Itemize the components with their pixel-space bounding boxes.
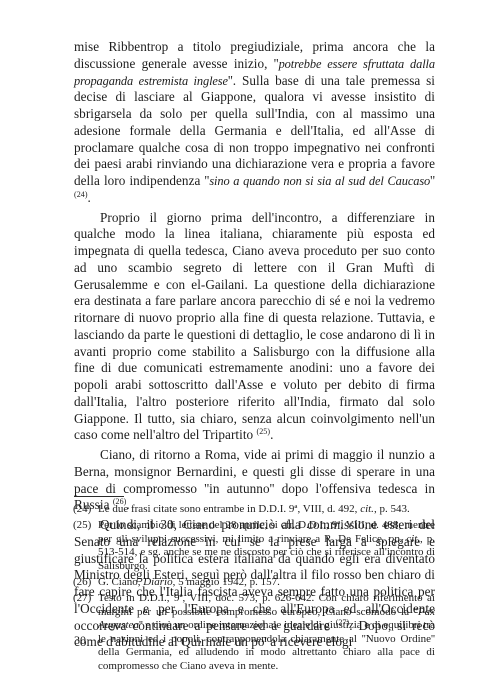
footnote: (27) Testo in D.D.I., 9ª, VIII, doc. 573… [73, 592, 435, 674]
footnote-text: Per lo scambio di lettere del 28 aprile,… [98, 519, 435, 573]
italic-text: sino a quando non si sia al sud del Cauc… [209, 174, 430, 188]
footnote-separator [74, 496, 124, 497]
footnote-text: Le due frasi citate sono entrambe in D.D… [98, 503, 435, 517]
italic-text: cit. [360, 503, 374, 515]
italic-text: op. cit. [389, 533, 420, 545]
footnote-text: Testo in D.D.I., 9ª, VIII, doc. 573, p. … [98, 592, 435, 674]
footnote-reference: (24) [74, 190, 88, 199]
footnote-number: (26) [73, 576, 98, 590]
footnote: (24) Le due frasi citate sono entrambe i… [73, 503, 435, 517]
italic-text: potrebbe essere sfruttata dalla propagan… [74, 57, 435, 88]
italic-text: Diario [143, 576, 172, 588]
footnotes: (24) Le due frasi citate sono entrambe i… [73, 503, 435, 676]
paragraph: mise Ribbentrop a titolo pregiudiziale, … [74, 39, 435, 207]
footnote-number: (24) [73, 503, 98, 517]
footnote: (26) G. Ciano, Diario, 5 maggio 1942, p.… [73, 576, 435, 590]
italic-text: Pax Augustea [98, 606, 435, 632]
footnote-reference: (25) [257, 427, 271, 436]
footnote: (25) Per lo scambio di lettere del 28 ap… [73, 519, 435, 573]
page-number: 30 [74, 633, 86, 648]
footnote-number: (25) [73, 519, 98, 573]
footnote-text: G. Ciano, Diario, 5 maggio 1942, p. 157. [98, 576, 435, 590]
paragraph: Proprio il giorno prima dell'incontro, a… [74, 210, 435, 445]
